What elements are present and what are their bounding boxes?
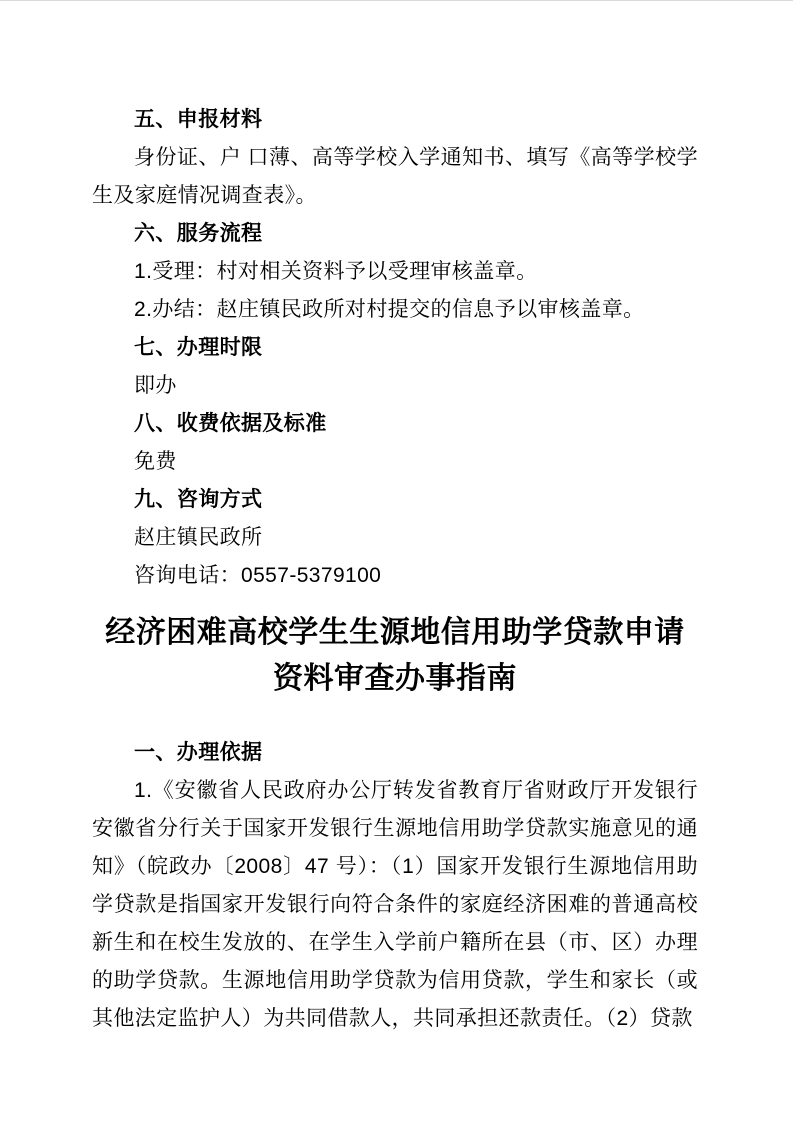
section-heading: 九、咨询方式 xyxy=(92,481,698,519)
body-paragraph: 1.受理：村对相关资料予以受理审核盖章。 xyxy=(92,253,698,291)
body-paragraph: 赵庄镇民政所 xyxy=(92,519,698,557)
section-heading: 六、服务流程 xyxy=(92,215,698,253)
section-heading: 八、收费依据及标准 xyxy=(92,405,698,443)
document-title: 经济困难高校学生生源地信用助学贷款申请资料审查办事指南 xyxy=(92,610,698,702)
body-paragraph: 身份证、户 口薄、高等学校入学通知书、填写《高等学校学生及家庭情况调查表》。 xyxy=(92,139,698,215)
body-paragraph: 咨询电话：0557-5379100 xyxy=(92,557,698,595)
body-paragraph: 1.《安徽省人民政府办公厅转发省教育厅省财政厅开发银行安徽省分行关于国家开发银行… xyxy=(92,772,698,1038)
body-paragraph: 即办 xyxy=(92,367,698,405)
section-heading: 七、办理时限 xyxy=(92,329,698,367)
section-heading: 五、申报材料 xyxy=(92,101,698,139)
section-heading: 一、办理依据 xyxy=(92,734,698,772)
sections-before-title: 五、申报材料身份证、户 口薄、高等学校入学通知书、填写《高等学校学生及家庭情况调… xyxy=(92,101,698,595)
document-title-line: 资料审查办事指南 xyxy=(92,656,698,702)
document-content: 五、申报材料身份证、户 口薄、高等学校入学通知书、填写《高等学校学生及家庭情况调… xyxy=(0,1,793,1038)
document-page: 五、申报材料身份证、户 口薄、高等学校入学通知书、填写《高等学校学生及家庭情况调… xyxy=(0,0,793,1122)
body-paragraph: 免费 xyxy=(92,443,698,481)
sections-after-title: 一、办理依据1.《安徽省人民政府办公厅转发省教育厅省财政厅开发银行安徽省分行关于… xyxy=(92,734,698,1038)
body-paragraph: 2.办结：赵庄镇民政所对村提交的信息予以审核盖章。 xyxy=(92,291,698,329)
document-title-line: 经济困难高校学生生源地信用助学贷款申请 xyxy=(92,610,698,656)
